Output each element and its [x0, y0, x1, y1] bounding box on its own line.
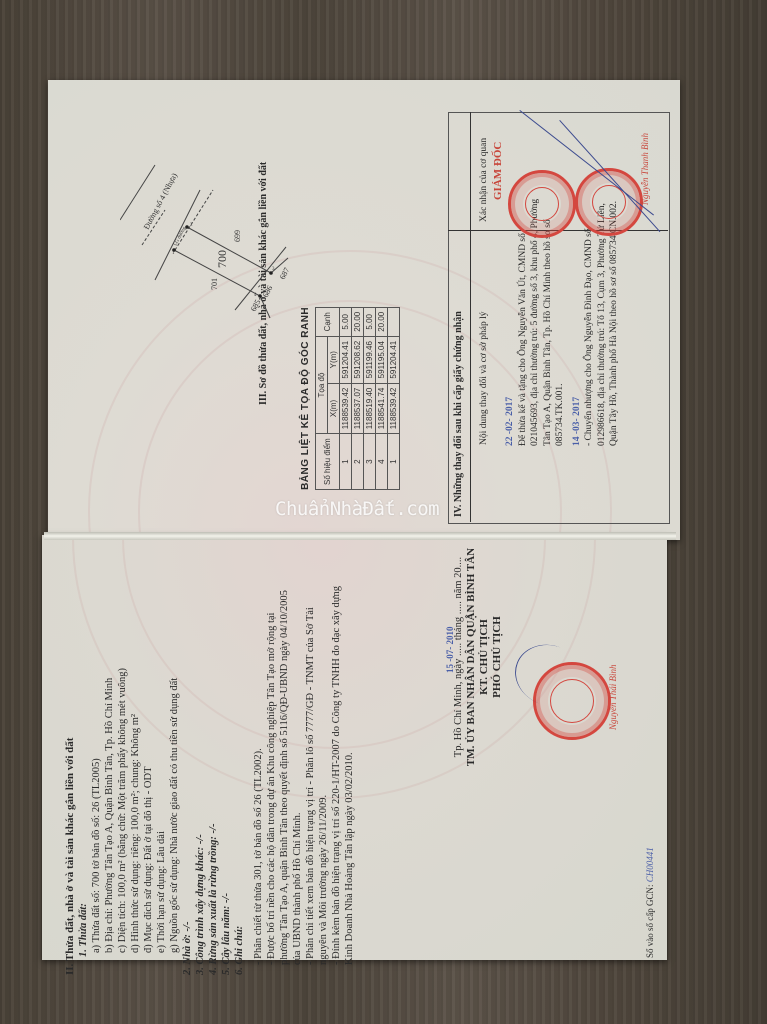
signer-role: KT. CHỦ TỊCH — [478, 532, 491, 782]
detail-line: đ) Mục đích sử dụng: Đất ở tại đô thị - … — [142, 586, 155, 953]
svg-text:700: 700 — [215, 250, 229, 268]
changes-col-content: Nội dung thay đổi và cơ sở pháp lý — [478, 311, 491, 445]
col-edge: Cạnh — [316, 307, 340, 336]
svg-text:685: 685 — [249, 298, 263, 313]
coordinate-table: Số hiệu điểm Tọa độ Cạnh X(m) Y(m) 11188… — [315, 307, 400, 490]
changes-col-confirm: Xác nhận của cơ quan — [478, 138, 491, 222]
detail-line: d) Hình thức sử dụng: riêng: 100,0 m²; c… — [129, 586, 142, 953]
svg-text:686: 686 — [261, 284, 275, 299]
detail-line: e) Thời hạn sử dụng: Lâu dài — [155, 586, 168, 953]
coordinate-table-title: BẢNG LIỆT KÊ TỌA ĐỘ GÓC RANH — [300, 307, 311, 490]
official-seal — [508, 170, 576, 238]
signer-title: PHÓ CHỦ TỊCH — [491, 532, 504, 782]
svg-text:701: 701 — [210, 278, 219, 290]
svg-text:687: 687 — [278, 266, 292, 281]
table-row: 11188539.42591204.415.00 — [340, 307, 352, 489]
change-entry: 22 -02- 2017 Để thừa kế và tặng cho Ông … — [504, 199, 621, 446]
land-plot-details: a) Thửa đất số: 700 tờ bản đồ số: 26 (TL… — [90, 586, 181, 975]
change-date: 22 -02- 2017 — [504, 199, 517, 446]
item-notes-heading: 6. Ghi chú: — [233, 586, 246, 975]
registry-number: Số vào sổ cấp GCN: CH00441 — [644, 847, 657, 958]
detail-line: g) Nguồn gốc sử dụng: Nhà nước giao đất … — [168, 586, 181, 953]
table-row: 11188539.42591204.41 — [388, 307, 400, 489]
note-line: nguyên và Môi trường ngày 26/11/2009. — [317, 586, 330, 965]
signature-block: Tp. Hồ Chí Minh, ngày ..... tháng ..... … — [452, 532, 504, 782]
note-line: - Phân chi tiết xem bản đồ hiện trạng vị… — [304, 586, 317, 965]
registry-value: CH00441 — [645, 847, 655, 882]
change-date: 14 -03- 2017 — [571, 199, 584, 446]
table-row: 21188537.07591208.6220.00 — [352, 307, 364, 489]
svg-text:LG đường: LG đường — [173, 226, 187, 247]
director-signature-name: Nguyễn Thanh Bình — [640, 133, 650, 205]
svg-text:2: 2 — [190, 223, 193, 228]
col-x: X(m) — [328, 383, 340, 434]
col-point: Số hiệu điểm — [316, 434, 340, 490]
col-y: Y(m) — [328, 336, 340, 383]
plot-diagram: Đường số 4 (Nhựa) LG đường 700 701 699 6… — [120, 150, 310, 330]
section-ii-heading: II. Thửa đất, nhà ở và tài sản khác gắn … — [64, 586, 77, 975]
signer-name: Nguyễn Thái Bình — [608, 665, 618, 731]
table-row: 41188541.74591195.0420.00 — [376, 307, 388, 489]
detail-line: a) Thửa đất số: 700 tờ bản đồ số: 26 (TL… — [90, 586, 103, 953]
road-label: Đường số 4 (Nhựa) — [142, 171, 179, 231]
note-line: của UBND thành phố Hồ Chí Minh. — [291, 586, 304, 965]
director-title: GIÁM ĐỐC — [492, 142, 504, 200]
page-fold — [44, 532, 676, 540]
notes-list: - Phân chiết từ thửa 301, tờ bản đồ số 2… — [252, 586, 356, 975]
item-perennial-trees: 5. Cây lâu năm: -/- — [220, 586, 233, 975]
item-planted-forest: 4. Rừng sản xuất là rừng trồng: -/- — [207, 586, 220, 975]
note-line: phường Tân Tạo A, quận Bình Tân theo quy… — [278, 586, 291, 965]
note-line: - Được bố trí nền cho các hộ dân trong d… — [265, 586, 278, 965]
note-line: Kinh Doanh Nhà Hoàng Tân lập ngày 03/02/… — [343, 586, 356, 965]
item-house: 2. Nhà ở: -/- — [181, 586, 194, 975]
land-plot-subheading: 1. Thửa đất: — [77, 586, 90, 975]
item-other-construction: 3. Công trình xây dựng khác: -/- — [194, 586, 207, 975]
svg-text:699: 699 — [233, 230, 242, 242]
svg-text:1: 1 — [172, 251, 175, 256]
note-line: - Đính kèm bản đồ hiện trạng vị trí số 2… — [330, 586, 343, 965]
registry-label: Số vào sổ cấp GCN: — [645, 885, 655, 959]
detail-line: c) Diện tích: 100,0 m² (bằng chữ: Một tr… — [116, 586, 129, 953]
coordinate-table-block: BẢNG LIỆT KÊ TỌA ĐỘ GÓC RANH Số hiệu điể… — [300, 307, 400, 490]
note-line: - Phân chiết từ thửa 301, tờ bản đồ số 2… — [252, 586, 265, 965]
col-coord: Tọa độ — [316, 336, 328, 434]
section-ii: II. Thửa đất, nhà ở và tài sản khác gắn … — [64, 586, 356, 975]
site-watermark: ChuẩnNhàĐất.com — [275, 498, 439, 520]
issuing-authority: TM. ỦY BAN NHÂN DÂN QUẬN BÌNH TÂN — [465, 532, 478, 782]
detail-line: b) Địa chỉ: Phường Tân Tạo A, Quận Bình … — [103, 586, 116, 953]
section-iv-heading: IV. Những thay đổi sau khi cấp giấy chứn… — [453, 311, 464, 517]
issue-date-stamp: 15 -07- 2010 — [445, 627, 455, 674]
table-row: 31188519.40591199.465.00 — [364, 307, 376, 489]
